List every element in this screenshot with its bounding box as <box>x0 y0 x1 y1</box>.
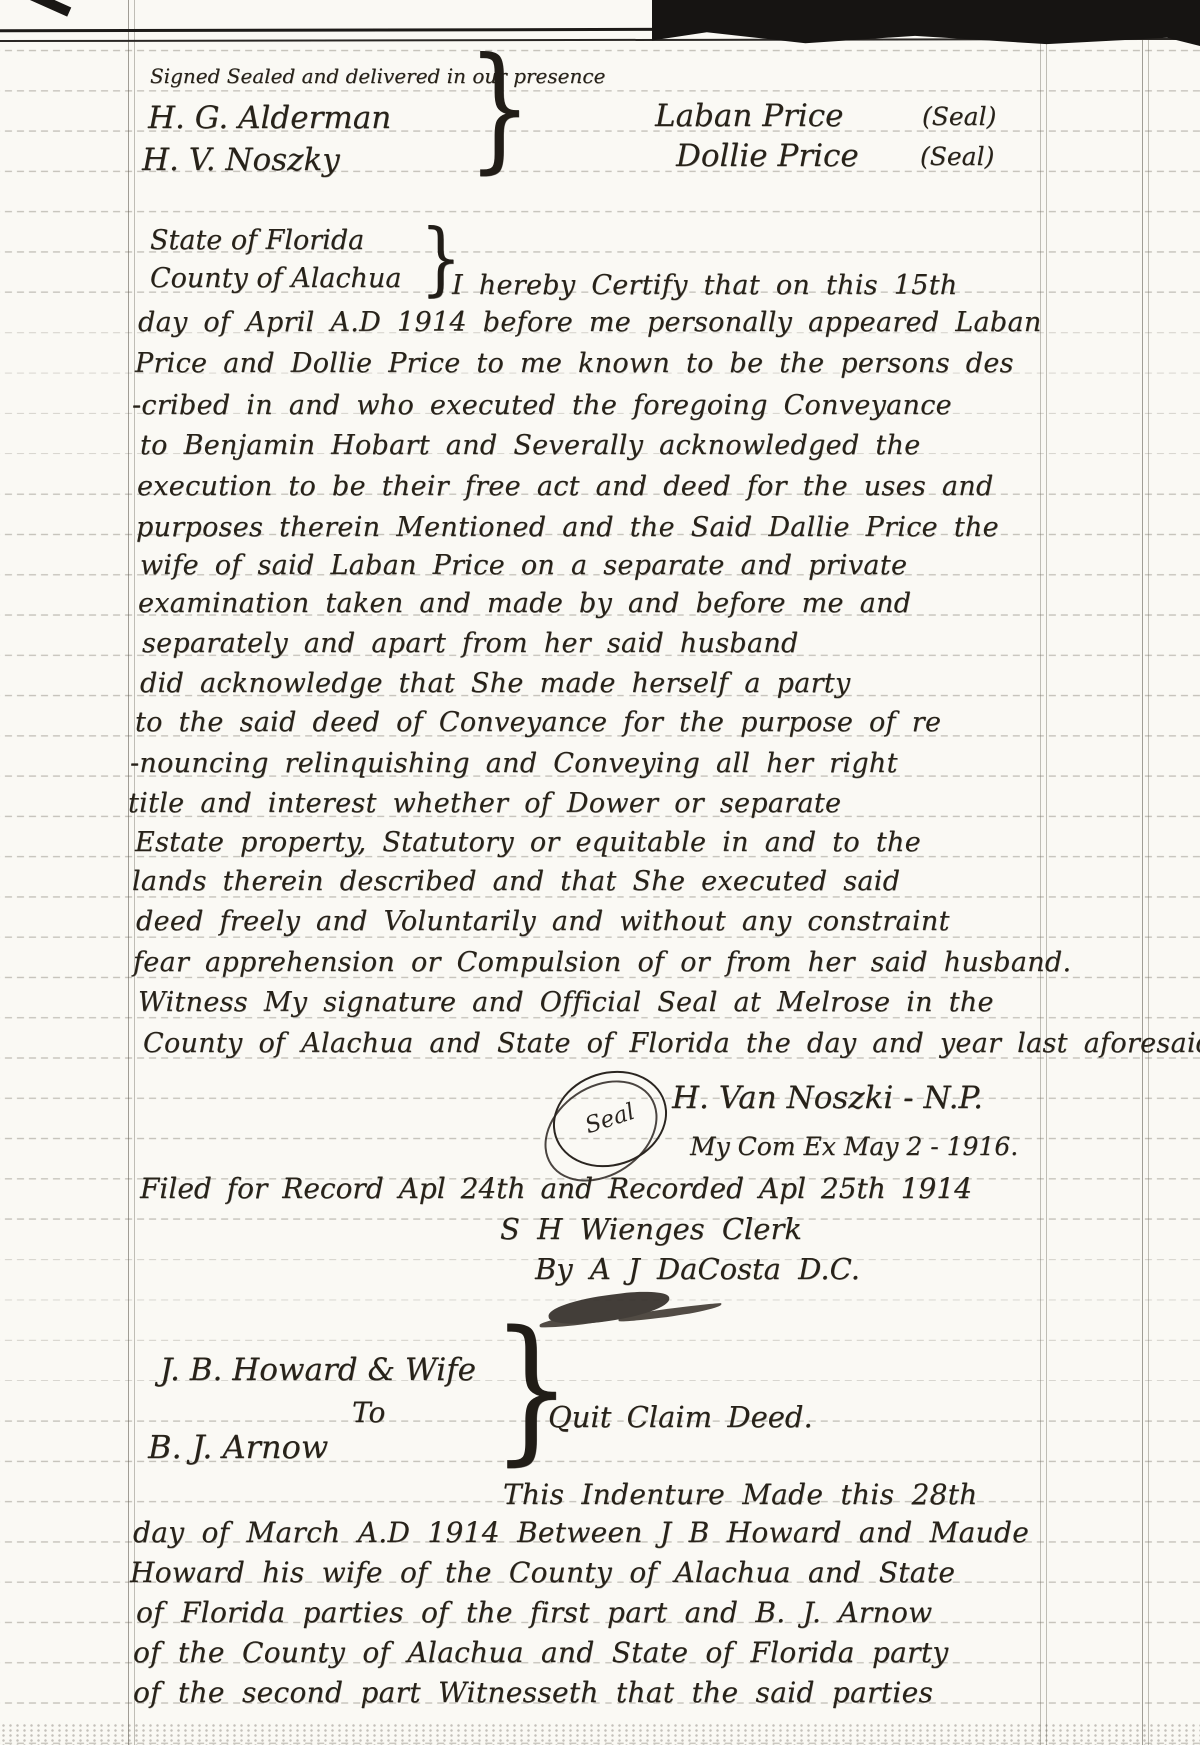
certificate-line: deed freely and Voluntarily and without … <box>136 906 950 937</box>
certificate-line: Price and Dollie Price to me known to be… <box>135 348 1014 379</box>
certificate-line: County of Alachua and State of Florida t… <box>143 1028 1200 1059</box>
certificate-line: did acknowledge that She made herself a … <box>140 668 851 699</box>
certificate-line: fear apprehension or Compulsion of or fr… <box>133 947 1071 978</box>
clerk-signature: S H Wienges Clerk <box>500 1212 802 1246</box>
deed-line: of the County of Alachua and State of Fl… <box>133 1636 949 1669</box>
deed-line: of the second part Witnesseth that the s… <box>133 1676 933 1709</box>
certificate-line: lands therein described and that She exe… <box>132 866 900 897</box>
deed-line: This Indenture Made this 28th <box>503 1478 978 1511</box>
certificate-line: Witness My signature and Official Seal a… <box>138 987 994 1018</box>
certificate-line: examination taken and made by and before… <box>138 588 911 619</box>
deed-line: of Florida parties of the first part and… <box>136 1596 932 1629</box>
right-margin-line-2 <box>1046 0 1047 1745</box>
right-margin-line <box>1040 0 1041 1745</box>
notary-commission: My Com Ex May 2 - 1916. <box>690 1132 1018 1161</box>
certificate-line: -cribed in and who executed the foregoin… <box>132 390 952 421</box>
certificate-line: Estate property, Statutory or equitable … <box>135 827 921 858</box>
grantor-caption: J. B. Howard & Wife <box>160 1352 476 1388</box>
grantor-signature: Dollie Price <box>676 138 859 174</box>
certificate-line: I hereby Certify that on this 15th <box>452 270 958 301</box>
witness-signature: H. G. Alderman <box>148 100 391 136</box>
caption-connector: To <box>352 1396 385 1429</box>
certificate-line: -nouncing relinquishing and Conveying al… <box>130 748 898 779</box>
witness-brace: } <box>468 39 532 175</box>
right-edge-line-2 <box>1148 0 1149 1745</box>
seal-notation: (Seal) <box>922 102 996 131</box>
certificate-line: to Benjamin Hobart and Severally acknowl… <box>140 430 921 461</box>
deed-line: Howard his wife of the County of Alachua… <box>130 1556 955 1589</box>
ledger-page: Signed Sealed and delivered in our prese… <box>0 0 1200 1745</box>
notary-signature: H. Van Noszki - N.P. <box>672 1080 983 1116</box>
instrument-type: Quit Claim Deed. <box>548 1400 813 1434</box>
left-margin-line <box>128 0 129 1745</box>
scan-noise-strip <box>0 1723 1200 1745</box>
deputy-clerk-signature: By A J DaCosta D.C. <box>535 1252 860 1286</box>
filed-for-record-line: Filed for Record Apl 24th and Recorded A… <box>140 1172 972 1205</box>
certificate-line: title and interest whether of Dower or s… <box>128 788 841 819</box>
certificate-line: day of April A.D 1914 before me personal… <box>138 307 1042 338</box>
venue-county: County of Alachua <box>150 263 401 294</box>
certificate-line: purposes therein Mentioned and the Said … <box>136 512 999 543</box>
attestation-line: Signed Sealed and delivered in our prese… <box>150 64 605 88</box>
certificate-line: to the said deed of Conveyance for the p… <box>135 707 941 738</box>
right-edge-line <box>1142 0 1143 1745</box>
certificate-line: execution to be their free act and deed … <box>137 471 994 502</box>
seal-notation: (Seal) <box>920 142 994 171</box>
deed-line: day of March A.D 1914 Between J B Howard… <box>133 1516 1029 1549</box>
certificate-line: wife of said Laban Price on a separate a… <box>140 550 907 581</box>
grantee-caption: B. J. Arnow <box>148 1428 328 1466</box>
notary-seal-label: Seal <box>582 1099 638 1139</box>
venue-state: State of Florida <box>150 225 364 256</box>
grantor-signature: Laban Price <box>655 98 844 134</box>
witness-signature: H. V. Noszky <box>142 142 340 178</box>
caption-brace: } <box>491 1312 571 1469</box>
certificate-line: separately and apart from her said husba… <box>142 628 799 659</box>
